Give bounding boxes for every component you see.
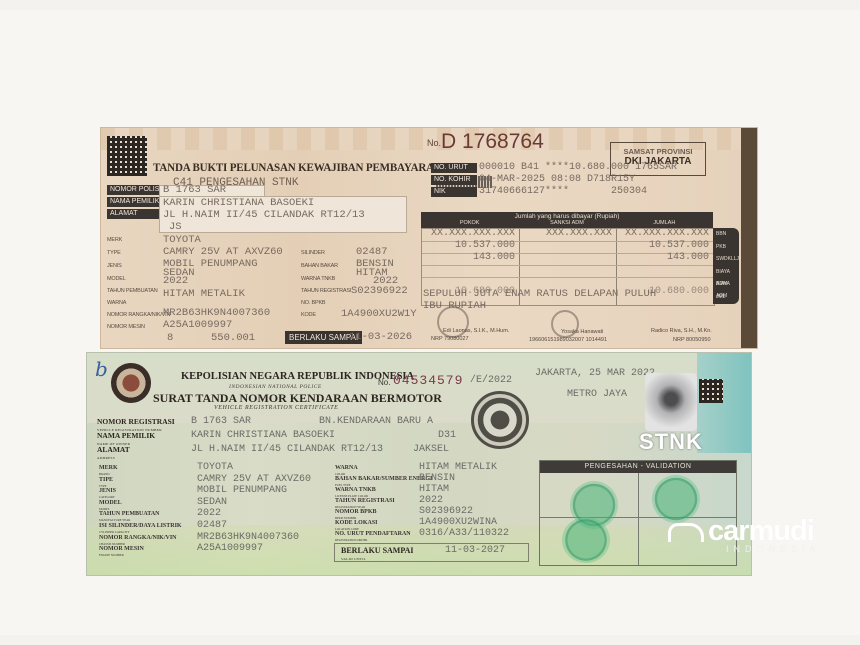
vehicle-field-value: A25A1009997 <box>197 543 263 554</box>
vehicle-field-value: 1A4900XU2WINA <box>419 517 497 528</box>
extra-left-value: 8 <box>167 332 173 344</box>
payment-cell: 143.000 <box>423 252 515 263</box>
receipt-number: D 1768764 <box>441 130 544 154</box>
nomor-registrasi-value: B 1763 SAR <box>191 416 251 427</box>
vehicle-field-value: SEDAN <box>197 497 227 508</box>
alamat-label: ALAMATADDRESS <box>97 446 130 462</box>
vehicle-field-label: TAHUN PEMBUATANMANUFACTURE YEAR <box>99 511 160 523</box>
ktp-code: D31 <box>438 430 456 441</box>
merk-label: MERK <box>107 237 122 243</box>
receipt-title: TANDA BUKTI PELUNASAN KEWAJIBAN PEMBAYAR… <box>153 160 442 175</box>
vehicle-registration-certificate: b KEPOLISIAN NEGARA REPUBLIK INDONESIA I… <box>86 352 752 576</box>
vehicle-field-value: HITAM <box>419 484 449 495</box>
stnk-hologram-text: STNK <box>639 429 703 455</box>
payment-cell: 143.000 <box>617 252 709 263</box>
nama-pemilik-value: KARIN CHRISTIANA BASOEKI <box>191 430 335 441</box>
payment-columns: POKOK SANKSI ADM JUMLAH <box>421 220 713 228</box>
hologram-icon <box>645 373 697 431</box>
vehicle-field-value: 2022 <box>197 508 221 519</box>
no-urut-value: 000010 B41 ****10.680.000 1765SAR <box>479 162 677 173</box>
carmudi-watermark: carmudi INDONESIA <box>668 515 821 554</box>
valid-until-box: BERLAKU SAMPAIVALID UNTIL 11-03-2027 <box>334 543 529 562</box>
signatory-1-id: NRP 79080027 <box>431 336 469 342</box>
bpkb-value: S02396922 <box>351 285 408 297</box>
kode-value: 1A4900XU2W1Y <box>341 308 417 320</box>
agency-title-en: INDONESIAN NATIONAL POLICE <box>229 384 322 390</box>
col-pokok: POKOK <box>421 220 518 228</box>
alamat-value-1: JL H.NAIM II/45 CILANDAK RT12/13 <box>163 209 365 221</box>
signatory-1-name: Edi Laonas, S.I.K., M.Hum. <box>443 328 509 334</box>
no-kohir-value: 04-MAR-2025 08:08 D718R15Y <box>479 174 635 185</box>
qr-code-icon <box>107 136 147 176</box>
alamat-value: JL H.NAIM II/45 CILANDAK RT12/13 <box>191 444 383 455</box>
validation-stamp <box>562 517 610 563</box>
teal-edge <box>697 353 751 453</box>
receipt-no-label: No. <box>427 138 441 148</box>
bahan-bakar-label: BAHAN BAKAR <box>301 263 338 269</box>
vehicle-field-value: BENSIN <box>419 473 455 484</box>
merk-value: TOYOTA <box>163 234 201 246</box>
vehicle-field-label: MODELMODEL <box>99 500 122 512</box>
valid-until-label: BERLAKU SAMPAIVALID UNTIL <box>341 547 414 563</box>
police-crest-icon <box>111 363 151 403</box>
vehicle-field-value: S02396922 <box>419 506 473 517</box>
watermark-sub: INDONESIA <box>726 544 821 554</box>
vehicle-field-label: NOMOR MESINENGINE NUMBER <box>99 546 144 558</box>
vehicle-field-value: MOBIL PENUMPANG <box>197 485 287 496</box>
silinder-value: 02487 <box>356 246 388 258</box>
vehicle-field-value: 0316/A33/110322 <box>419 528 509 539</box>
terbilang-line1: SEPULUH JUTA ENAM RATUS DELAPAN PULUH <box>423 288 656 300</box>
vehicle-field-value: HITAM METALIK <box>419 462 497 473</box>
payment-cell: XX.XXX.XXX.XXX <box>617 228 709 239</box>
car-icon <box>668 523 704 542</box>
payment-cell: XXX.XXX.XXX <box>520 228 612 239</box>
signatory-2-id: 196606151989032007 1014491 <box>529 337 607 343</box>
stnk-no-label: No. <box>378 378 390 387</box>
nik-value: 31740666127**** <box>479 186 569 197</box>
vehicle-field-label: NOMOR RANGKA/NIK/VINCHASSIS NUMBER <box>99 535 177 547</box>
alamat-value-2: JS <box>169 221 182 233</box>
watermark-brand: carmudi <box>708 515 814 547</box>
place-date: JAKARTA, 25 MAR 2022 <box>535 368 655 379</box>
alamat-area: JAKSEL <box>413 444 449 455</box>
vehicle-field-label: JENISCATEGORY <box>99 488 116 500</box>
validation-header: PENGESAHAN - VALIDATION <box>540 461 736 473</box>
issuer: METRO JAYA <box>567 389 627 400</box>
warna-tnkb-label: WARNA TNKB <box>301 276 335 282</box>
row-tag: PKB <box>713 241 739 254</box>
rangka-label: NOMOR RANGKA/NIK/VIN <box>107 312 170 318</box>
mesin-label: NOMOR MESIN <box>107 324 145 330</box>
no-urut-label: NO. URUT <box>431 163 477 173</box>
signatory-2-name: Yosaka Hanawati <box>561 329 603 335</box>
qr-code-icon <box>699 379 723 403</box>
samsat-line1: SAMSAT PROVINSI <box>611 147 705 156</box>
jenis-label: JENIS <box>107 263 122 269</box>
col-jumlah: JUMLAH <box>616 220 713 228</box>
vehicle-field-value: MR2B63HK9N4007360 <box>197 532 299 543</box>
model-label: MODEL <box>107 276 126 282</box>
bn-note: BN.KENDARAAN BARU A <box>319 416 433 427</box>
kode-label: KODE <box>301 312 316 318</box>
mesin-value: A25A1009997 <box>163 319 232 331</box>
signatory-3-id: NRP 80050950 <box>673 337 711 343</box>
alamat-label: ALAMAT <box>107 209 161 219</box>
col-sanksi: SANKSI ADM <box>518 220 615 228</box>
nik-label: NIK <box>431 187 477 197</box>
tahun-value: 2022 <box>163 275 188 287</box>
nomor-polisi-label: NOMOR POLISI <box>107 185 164 195</box>
vehicle-field-value: CAMRY 25V AT AXVZ60 <box>197 474 311 485</box>
warna-label: WARNA <box>107 300 126 306</box>
no-kohir-label: NO. KOHIR <box>431 175 477 185</box>
row-tag: BIAYA ADM <box>713 266 739 279</box>
document-title-en: VEHICLE REGISTRATION CERTIFICATE <box>214 405 338 411</box>
row-tag: SWDKLLJ <box>713 253 739 266</box>
type-value: CAMRY 25V AT AXVZ60 <box>163 246 283 258</box>
nomor-polisi-value: B 1763 SAR <box>163 184 226 196</box>
payment-cell: 10.537.000 <box>617 240 709 251</box>
vehicle-field-value: 02487 <box>197 520 227 531</box>
warna-value: HITAM METALIK <box>163 288 245 300</box>
payment-cell: XX.XXX.XXX.XXX <box>423 228 515 239</box>
vehicle-field-label: TIPETYPE <box>99 477 113 489</box>
document-title: SURAT TANDA NOMOR KENDARAAN BERMOTOR <box>153 391 442 406</box>
berlaku-value: 11-03-2026 <box>349 331 412 343</box>
vehicle-field-label-right: NO. URUT PENDAFTARANREGISTRATION ORDER <box>335 531 411 543</box>
payment-row-tags: BBNPKBSWDKLLJBIAYA ADMBIAYA ADMJML <box>713 228 739 304</box>
type-label: TYPE <box>107 250 121 256</box>
handwritten-mark: b <box>95 357 108 381</box>
signatory-3-name: Radico Riva, S.H., M.Kn. <box>651 328 712 334</box>
valid-until-value: 11-03-2027 <box>445 545 505 556</box>
tahun-reg-label: TAHUN REGISTRASI <box>301 288 351 294</box>
extra-mid-value: 550.001 <box>211 332 255 344</box>
payment-cell: 10.537.000 <box>423 240 515 251</box>
row-tag: BIAYA ADM <box>713 278 739 291</box>
nik-extra-value: 250304 <box>611 186 647 197</box>
bpkb-label: NO. BPKB <box>301 300 325 306</box>
stnk-number: 04534579 <box>393 373 463 388</box>
nama-pemilik-value: KARIN CHRISTIANA BASOEKI <box>163 197 314 209</box>
tahun-label: TAHUN PEMBUATAN <box>107 288 157 294</box>
vehicle-field-label: MERKBRAND <box>99 465 118 477</box>
vehicle-field-value: TOYOTA <box>197 462 233 473</box>
nama-pemilik-label: NAMA PEMILIK <box>107 197 162 207</box>
silinder-label: SILINDER <box>301 250 325 256</box>
stnk-number-suffix: /E/2022 <box>470 375 512 386</box>
row-tag: BBN <box>713 228 739 241</box>
vehicle-field-value: 2022 <box>419 495 443 506</box>
police-stamp <box>471 391 529 449</box>
vehicle-field-label: ISI SILINDER/DAYA LISTRIKCYLINDER CAPACI… <box>99 523 182 535</box>
tax-payment-receipt: TANDA BUKTI PELUNASAN KEWAJIBAN PEMBAYAR… <box>100 127 758 349</box>
receipt-side-strip <box>741 128 757 348</box>
rangka-value: MR2B63HK9N4007360 <box>163 307 270 319</box>
